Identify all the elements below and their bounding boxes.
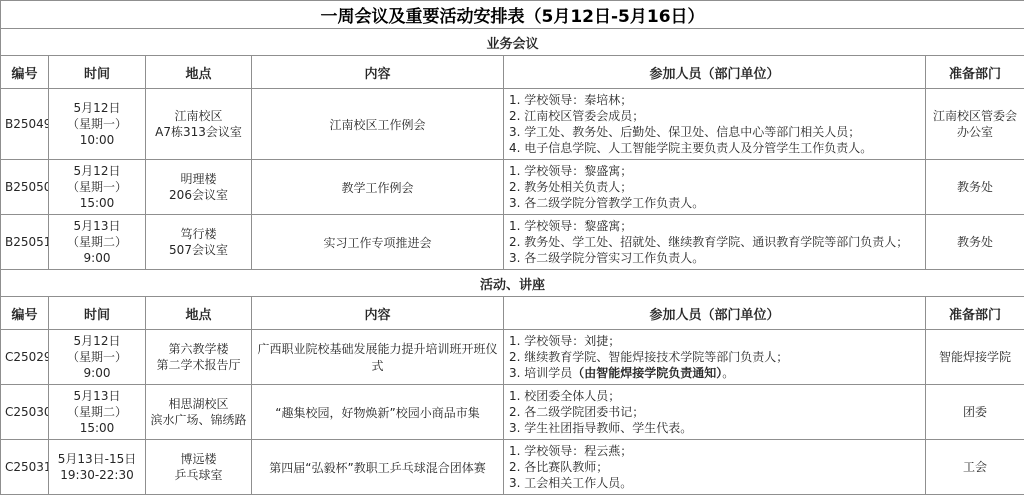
column-header: 地点 [146, 56, 252, 89]
cell-content: “趣集校园，好物焕新”校园小商品市集 [252, 385, 504, 440]
cell-location: 江南校区A7栋313会议室 [146, 89, 252, 160]
cell-content: 广西职业院校基础发展能力提升培训班开班仪式 [252, 330, 504, 385]
cell-time: 5月13日（星期二）15:00 [49, 385, 146, 440]
cell-participants: 1. 校团委全体人员；2. 各二级学院团委书记；3. 学生社团指导教师、学生代表… [504, 385, 926, 440]
column-header: 准备部门 [926, 56, 1024, 89]
column-header: 内容 [252, 297, 504, 330]
column-header: 时间 [49, 56, 146, 89]
column-header: 参加人员（部门单位） [504, 297, 926, 330]
cell-id: C25030 [1, 385, 49, 440]
table-body: 一周会议及重要活动安排表（5月12日-5月16日） 业务会议编号时间地点内容参加… [1, 1, 1024, 495]
table-row: C250305月13日（星期二）15:00相思湖校区滨水广场、锦绣路“趣集校园，… [1, 385, 1024, 440]
section-row-1: 业务会议 [1, 29, 1024, 56]
cell-id: B25050 [1, 160, 49, 215]
page: 一周会议及重要活动安排表（5月12日-5月16日） 业务会议编号时间地点内容参加… [0, 0, 1024, 495]
column-header-row: 编号时间地点内容参加人员（部门单位）准备部门 [1, 297, 1024, 330]
table-row: B250495月12日（星期一）10:00江南校区A7栋313会议室江南校区工作… [1, 89, 1024, 160]
cell-time: 5月12日（星期一）10:00 [49, 89, 146, 160]
cell-prep: 江南校区管委会办公室 [926, 89, 1024, 160]
cell-location: 第六教学楼第二学术报告厅 [146, 330, 252, 385]
cell-location: 明理楼206会议室 [146, 160, 252, 215]
table-row: B250505月12日（星期一）15:00明理楼206会议室教学工作例会1. 学… [1, 160, 1024, 215]
section-title: 活动、讲座 [1, 270, 1024, 297]
cell-time: 5月13日（星期二）9:00 [49, 215, 146, 270]
column-header: 时间 [49, 297, 146, 330]
cell-prep: 团委 [926, 385, 1024, 440]
cell-time: 5月13日-15日19:30-22:30 [49, 440, 146, 495]
cell-content: 第四届“弘毅杯”教职工乒乓球混合团体赛 [252, 440, 504, 495]
cell-prep: 教务处 [926, 160, 1024, 215]
cell-id: C25029 [1, 330, 49, 385]
schedule-table: 一周会议及重要活动安排表（5月12日-5月16日） 业务会议编号时间地点内容参加… [0, 0, 1024, 495]
cell-participants: 1. 学校领导：刘捷；2. 继续教育学院、智能焊接技术学院等部门负责人；3. 培… [504, 330, 926, 385]
cell-prep: 工会 [926, 440, 1024, 495]
section-row-2: 活动、讲座 [1, 270, 1024, 297]
column-header: 内容 [252, 56, 504, 89]
column-header: 编号 [1, 297, 49, 330]
cell-prep: 智能焊接学院 [926, 330, 1024, 385]
table-row: B250515月13日（星期二）9:00笃行楼507会议室实习工作专项推进会1.… [1, 215, 1024, 270]
title-row: 一周会议及重要活动安排表（5月12日-5月16日） [1, 1, 1024, 29]
section-title: 业务会议 [1, 29, 1024, 56]
cell-content: 教学工作例会 [252, 160, 504, 215]
table-row: C250315月13日-15日19:30-22:30博远楼乒乓球室第四届“弘毅杯… [1, 440, 1024, 495]
cell-participants: 1. 学校领导：程云燕；2. 各比赛队教师；3. 工会相关工作人员。 [504, 440, 926, 495]
column-header: 参加人员（部门单位） [504, 56, 926, 89]
cell-location: 相思湖校区滨水广场、锦绣路 [146, 385, 252, 440]
column-header: 编号 [1, 56, 49, 89]
cell-id: B25049 [1, 89, 49, 160]
cell-participants: 1. 学校领导：黎盛寓；2. 教务处、学工处、招就处、继续教育学院、通识教育学院… [504, 215, 926, 270]
cell-location: 博远楼乒乓球室 [146, 440, 252, 495]
column-header: 准备部门 [926, 297, 1024, 330]
cell-location: 笃行楼507会议室 [146, 215, 252, 270]
cell-id: B25051 [1, 215, 49, 270]
cell-time: 5月12日（星期一）15:00 [49, 160, 146, 215]
cell-time: 5月12日（星期一）9:00 [49, 330, 146, 385]
page-title: 一周会议及重要活动安排表（5月12日-5月16日） [1, 1, 1024, 29]
cell-participants: 1. 学校领导：秦培林；2. 江南校区管委会成员；3. 学工处、教务处、后勤处、… [504, 89, 926, 160]
cell-content: 江南校区工作例会 [252, 89, 504, 160]
column-header-row: 编号时间地点内容参加人员（部门单位）准备部门 [1, 56, 1024, 89]
cell-id: C25031 [1, 440, 49, 495]
cell-prep: 教务处 [926, 215, 1024, 270]
table-row: C250295月12日（星期一）9:00第六教学楼第二学术报告厅广西职业院校基础… [1, 330, 1024, 385]
column-header: 地点 [146, 297, 252, 330]
cell-participants: 1. 学校领导：黎盛寓；2. 教务处相关负责人；3. 各二级学院分管教学工作负责… [504, 160, 926, 215]
cell-content: 实习工作专项推进会 [252, 215, 504, 270]
